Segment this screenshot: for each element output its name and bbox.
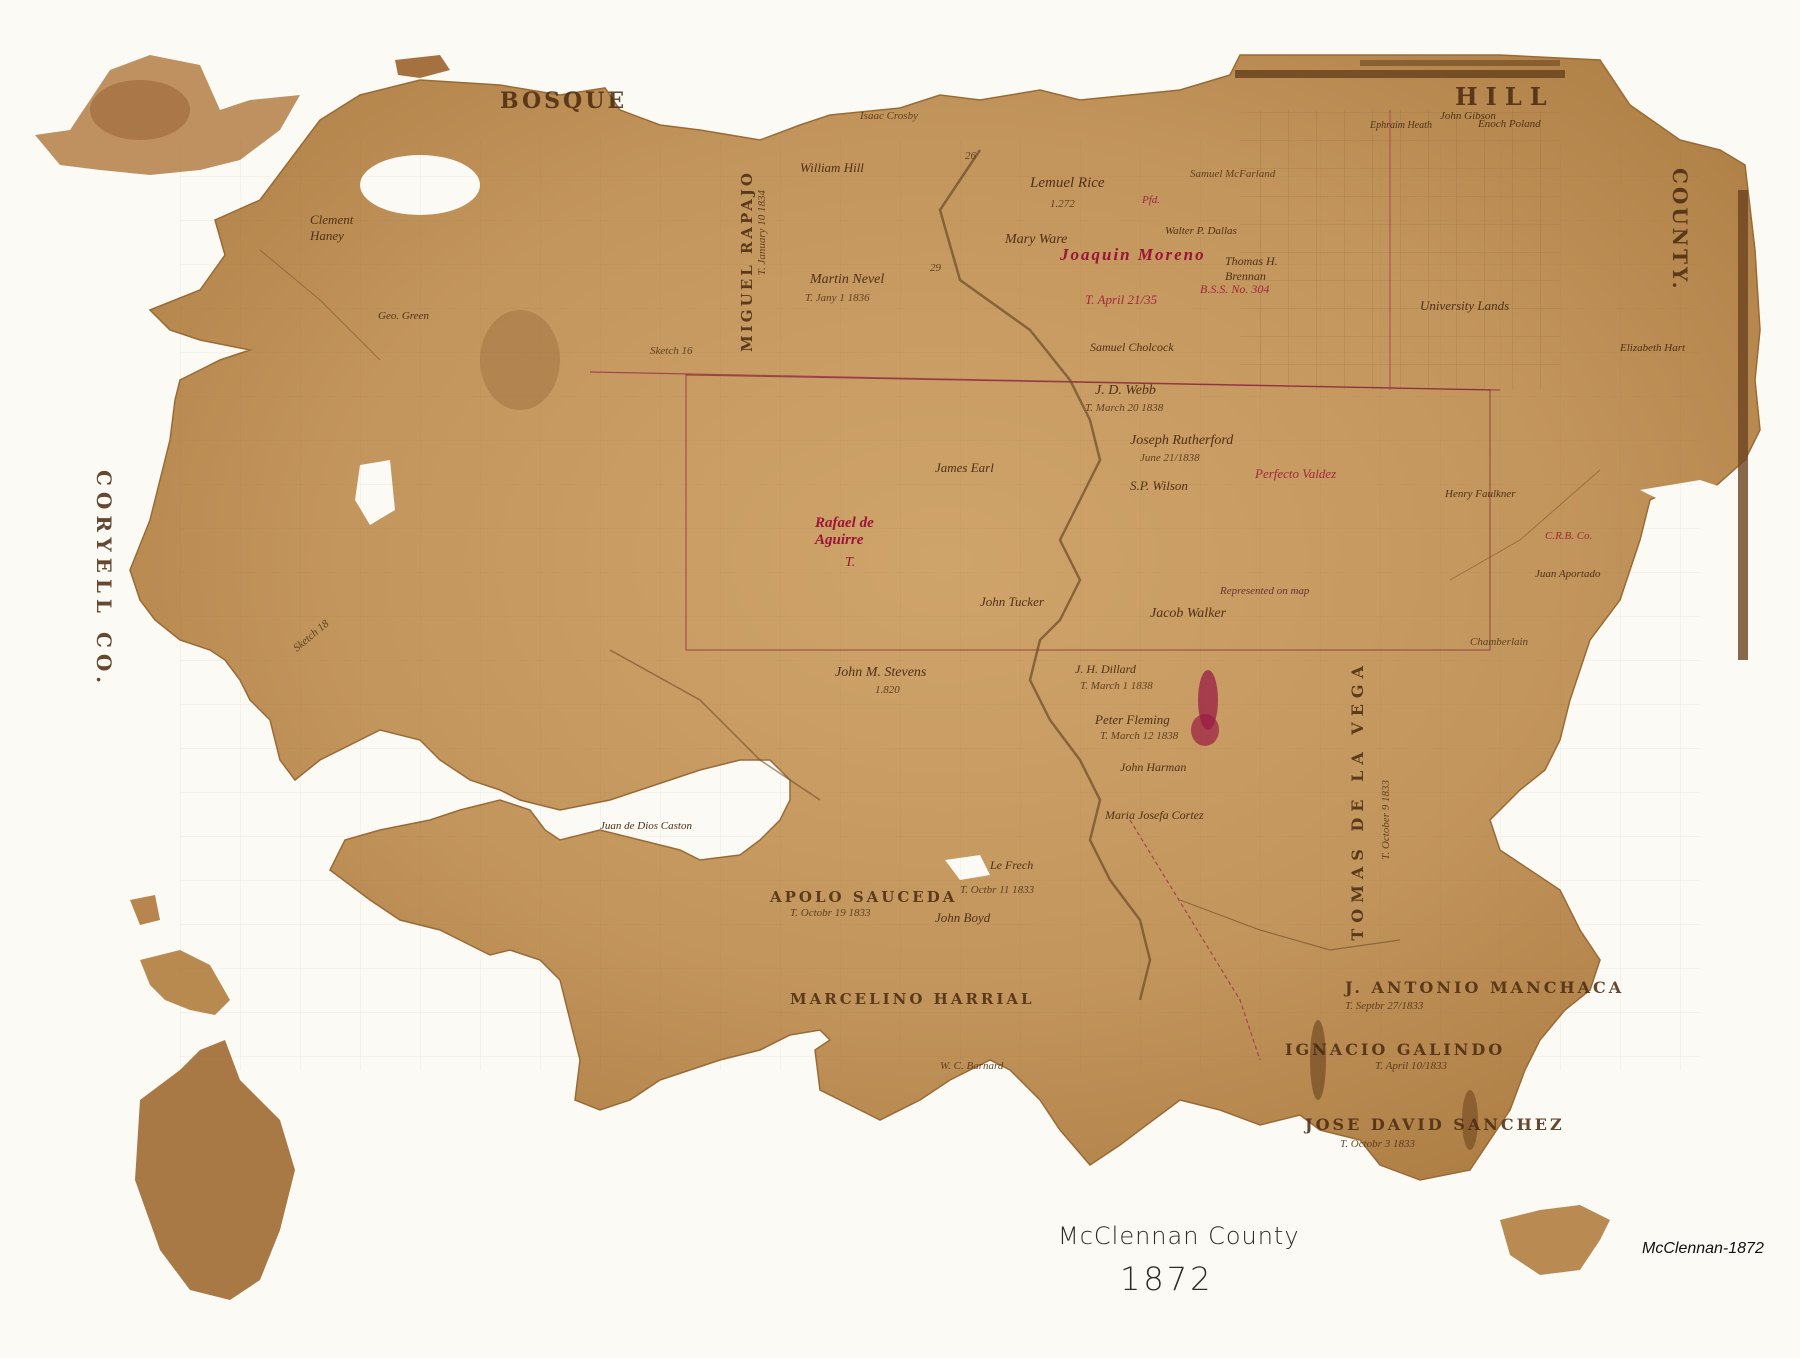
survey-rafael-de-aguirre: Rafael de Aguirre bbox=[815, 515, 895, 549]
survey-jacob-walker: Jacob Walker bbox=[1150, 606, 1226, 622]
grant-sanchez: JOSE DAVID SANCHEZ bbox=[1305, 1115, 1565, 1134]
survey-walter-dallas: Walter P. Dallas bbox=[1165, 225, 1237, 237]
grant-miguel-rapajo-date: T. January 10 1834 bbox=[756, 190, 768, 275]
section-number-29: 29 bbox=[930, 262, 941, 274]
survey-enoch-poland: Enoch Poland bbox=[1478, 118, 1541, 130]
ink-stain-red bbox=[1191, 714, 1219, 746]
survey-samuel-mcfarland: Samuel McFarland bbox=[1190, 168, 1275, 180]
survey-isaac-crosby: Isaac Crosby bbox=[860, 110, 918, 122]
survey-juan-aportado: Juan Aportado bbox=[1535, 568, 1601, 580]
county-border-bar bbox=[1235, 70, 1565, 78]
survey-bss-304: B.S.S. No. 304 bbox=[1200, 282, 1269, 297]
survey-clement-haney: Clement Haney bbox=[310, 212, 370, 244]
map-fragment-bottom-left bbox=[135, 1040, 295, 1300]
county-label-hill: HILL bbox=[1455, 82, 1555, 111]
survey-dillard-date: T. March 1 1838 bbox=[1080, 680, 1153, 692]
survey-john-m-stevens: John M. Stevens bbox=[835, 665, 926, 681]
survey-martin-nevel: Martin Nevel bbox=[810, 272, 884, 288]
map-fragment-top-left-2 bbox=[395, 55, 450, 78]
county-label-bosque: BOSQUE bbox=[500, 88, 627, 114]
survey-john-harman: John Harman bbox=[1120, 760, 1186, 775]
survey-jd-webb: J. D. Webb bbox=[1095, 383, 1156, 399]
water-stain bbox=[90, 80, 190, 140]
survey-john-tucker: John Tucker bbox=[980, 594, 1044, 610]
survey-maria-josefa-cortez: Maria Josefa Cortez bbox=[1105, 808, 1204, 823]
survey-martin-nevel-date: T. Jany 1 1836 bbox=[805, 292, 870, 304]
survey-ephraim-heath: Ephraim Heath bbox=[1370, 120, 1432, 131]
survey-barnard: W. C. Barnard bbox=[940, 1060, 1003, 1072]
survey-samuel-cholcock: Samuel Cholcock bbox=[1090, 340, 1174, 355]
survey-sp-wilson: S.P. Wilson bbox=[1130, 478, 1188, 494]
survey-grid-fine bbox=[180, 140, 1700, 1070]
county-border-bar bbox=[1360, 60, 1560, 66]
survey-chamberlain: Chamberlain bbox=[1470, 636, 1528, 648]
grant-miguel-rapajo: MIGUEL RAPAJO bbox=[738, 170, 756, 352]
survey-perfecto-valdez: Perfecto Valdez bbox=[1255, 466, 1336, 482]
survey-elizabeth-hart: Elizabeth Hart bbox=[1620, 342, 1685, 354]
county-label-county: COUNTY. bbox=[1668, 168, 1692, 292]
survey-jd-webb-date: T. March 20 1838 bbox=[1085, 402, 1163, 414]
grant-harrial: MARCELINO HARRIAL bbox=[790, 990, 1035, 1008]
water-stain bbox=[480, 310, 560, 410]
survey-lemuel-rice-num: 1.272 bbox=[1050, 198, 1075, 210]
survey-joseph-rutherford-date: June 21/1838 bbox=[1140, 452, 1200, 464]
survey-crb-co: C.R.B. Co. bbox=[1545, 530, 1592, 542]
survey-le-frech-date: T. Octbr 11 1833 bbox=[960, 884, 1034, 896]
grant-tomas-de-la-vega-date: T. October 9 1833 bbox=[1380, 780, 1392, 860]
grant-tomas-de-la-vega: TOMAS DE LA VEGA bbox=[1348, 660, 1367, 941]
grant-sauceda: APOLO SAUCEDA bbox=[770, 888, 957, 906]
survey-mary-ware: Mary Ware bbox=[1005, 232, 1067, 248]
survey-joseph-rutherford: Joseph Rutherford bbox=[1130, 433, 1233, 449]
survey-john-m-stevens-num: 1.820 bbox=[875, 684, 900, 696]
grant-galindo: IGNACIO GALINDO bbox=[1285, 1040, 1505, 1059]
grant-manchaca: J. ANTONIO MANCHACA bbox=[1345, 978, 1624, 997]
grant-sanchez-date: T. Octobr 3 1833 bbox=[1340, 1138, 1415, 1150]
survey-le-frech: Le Frech bbox=[990, 858, 1033, 873]
survey-henry-faulkner: Henry Faulkner bbox=[1445, 488, 1516, 500]
survey-joaquin-moreno: Joaquin Moreno bbox=[1060, 245, 1206, 265]
survey-william-hill: William Hill bbox=[800, 160, 864, 176]
sketch-16: Sketch 16 bbox=[650, 345, 692, 357]
county-label-coryell: CORYELL CO. bbox=[92, 470, 116, 689]
survey-john-boyd: John Boyd bbox=[935, 910, 990, 926]
survey-james-earl: James Earl bbox=[935, 460, 994, 476]
map-caption-title: McClennan County bbox=[1058, 1222, 1300, 1250]
survey-university-lands: University Lands bbox=[1420, 298, 1509, 314]
county-border-bar-right bbox=[1738, 190, 1748, 660]
grant-manchaca-date: T. Septbr 27/1833 bbox=[1345, 1000, 1423, 1012]
survey-thomas-brennan: Thomas H. Brennan bbox=[1225, 254, 1315, 284]
survey-rafael-de-aguirre-t: T. bbox=[845, 555, 855, 571]
map-fragment-left-small bbox=[130, 895, 160, 925]
survey-dillard: J. H. Dillard bbox=[1075, 662, 1136, 677]
survey-lemuel-rice: Lemuel Rice bbox=[1030, 175, 1105, 192]
archive-label: McClennan-1872 bbox=[1642, 1240, 1764, 1258]
survey-peter-fleming-date: T. March 12 1838 bbox=[1100, 730, 1178, 742]
map-fragment-bottom-right bbox=[1500, 1205, 1610, 1275]
grant-sauceda-date: T. Octobr 19 1833 bbox=[790, 907, 870, 919]
map-caption-year: 1872 bbox=[1120, 1260, 1213, 1298]
ink-stain-dark bbox=[1310, 1020, 1326, 1100]
survey-pfd: Pfd. bbox=[1142, 194, 1160, 206]
survey-geo-green: Geo. Green bbox=[378, 310, 429, 322]
survey-joaquin-moreno-date: T. April 21/35 bbox=[1085, 292, 1157, 308]
map-note-represented: Represented on map bbox=[1220, 585, 1309, 597]
grant-galindo-date: T. April 10/1833 bbox=[1375, 1060, 1447, 1072]
survey-caston: Juan de Dios Caston bbox=[600, 820, 692, 832]
survey-peter-fleming: Peter Fleming bbox=[1095, 712, 1170, 728]
section-number-26: 26 bbox=[965, 150, 976, 162]
